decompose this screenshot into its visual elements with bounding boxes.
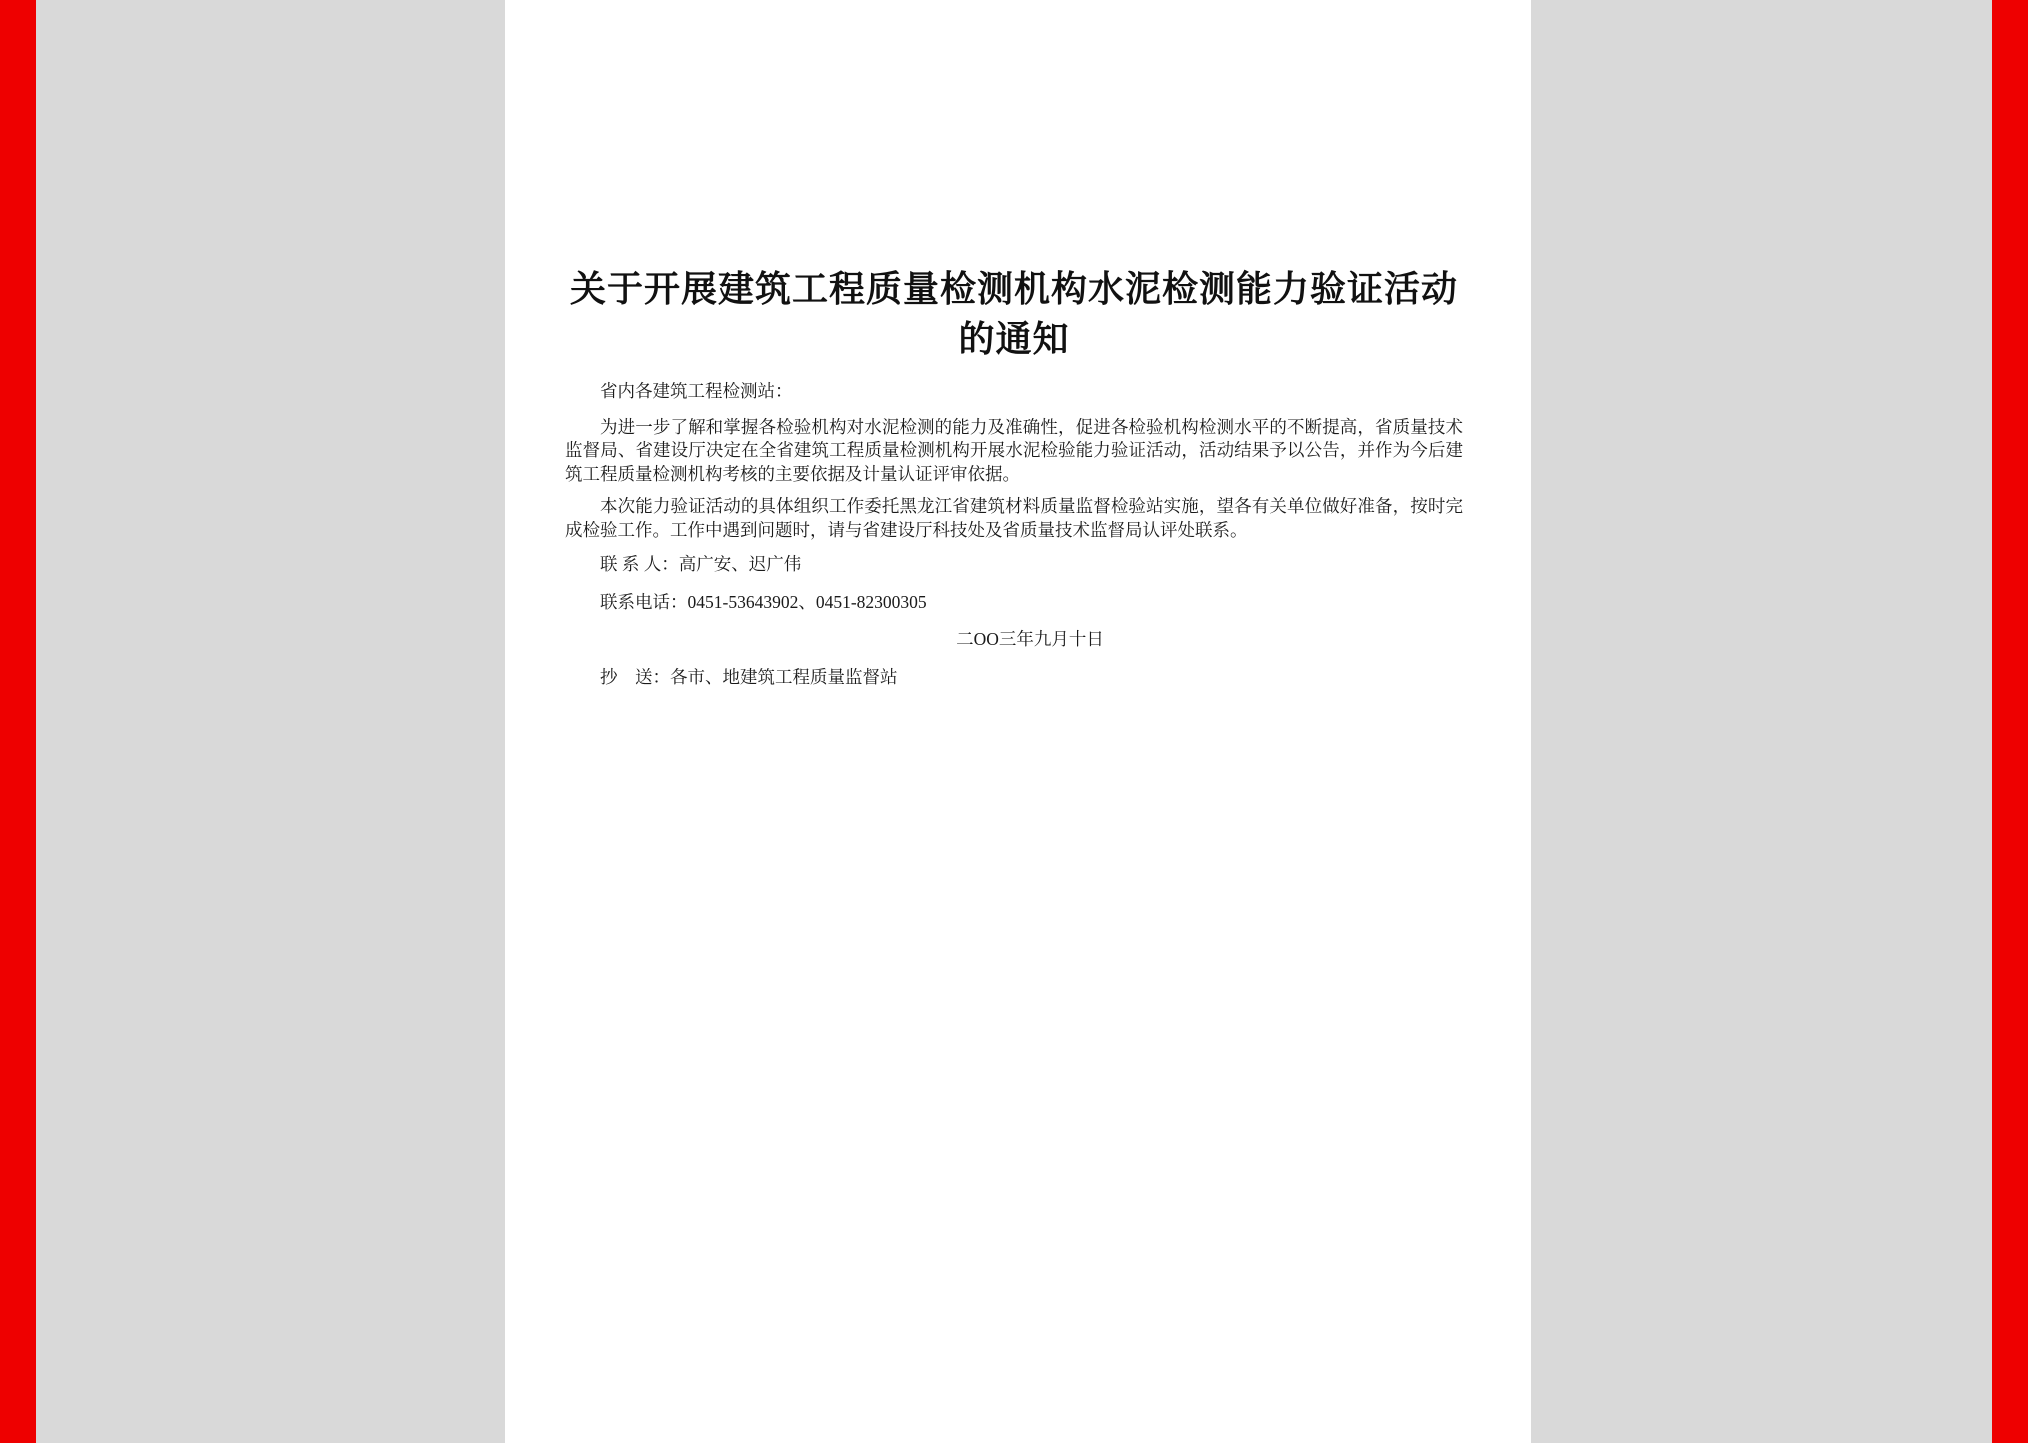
date-line: 二OO三年九月十日 (565, 628, 1463, 652)
salutation: 省内各建筑工程检测站： (565, 380, 1463, 404)
right-red-edge-bar (1992, 0, 2028, 1443)
document-title: 关于开展建筑工程质量检测机构水泥检测能力验证活动 的通知 (565, 264, 1463, 364)
document-viewer-background: { "document": { "title_line1": "关于开展建筑工程… (0, 0, 2028, 1443)
document-page: 关于开展建筑工程质量检测机构水泥检测能力验证活动 的通知 省内各建筑工程检测站：… (505, 0, 1531, 1443)
contact-person-line: 联 系 人：高广安、迟广伟 (565, 553, 1463, 577)
paragraph-2: 本次能力验证活动的具体组织工作委托黑龙江省建筑材料质量监督检验站实施，望各有关单… (565, 495, 1463, 542)
contact-phone-line: 联系电话：0451-53643902、0451-82300305 (565, 591, 1463, 615)
paragraph-1: 为进一步了解和掌握各检验机构对水泥检测的能力及准确性，促进各检验机构检测水平的不… (565, 416, 1463, 487)
left-red-edge-bar (0, 0, 36, 1443)
document-title-line1: 关于开展建筑工程质量检测机构水泥检测能力验证活动 (565, 264, 1463, 314)
document-title-line2: 的通知 (565, 314, 1463, 364)
cc-line: 抄 送：各市、地建筑工程质量监督站 (565, 666, 1463, 690)
